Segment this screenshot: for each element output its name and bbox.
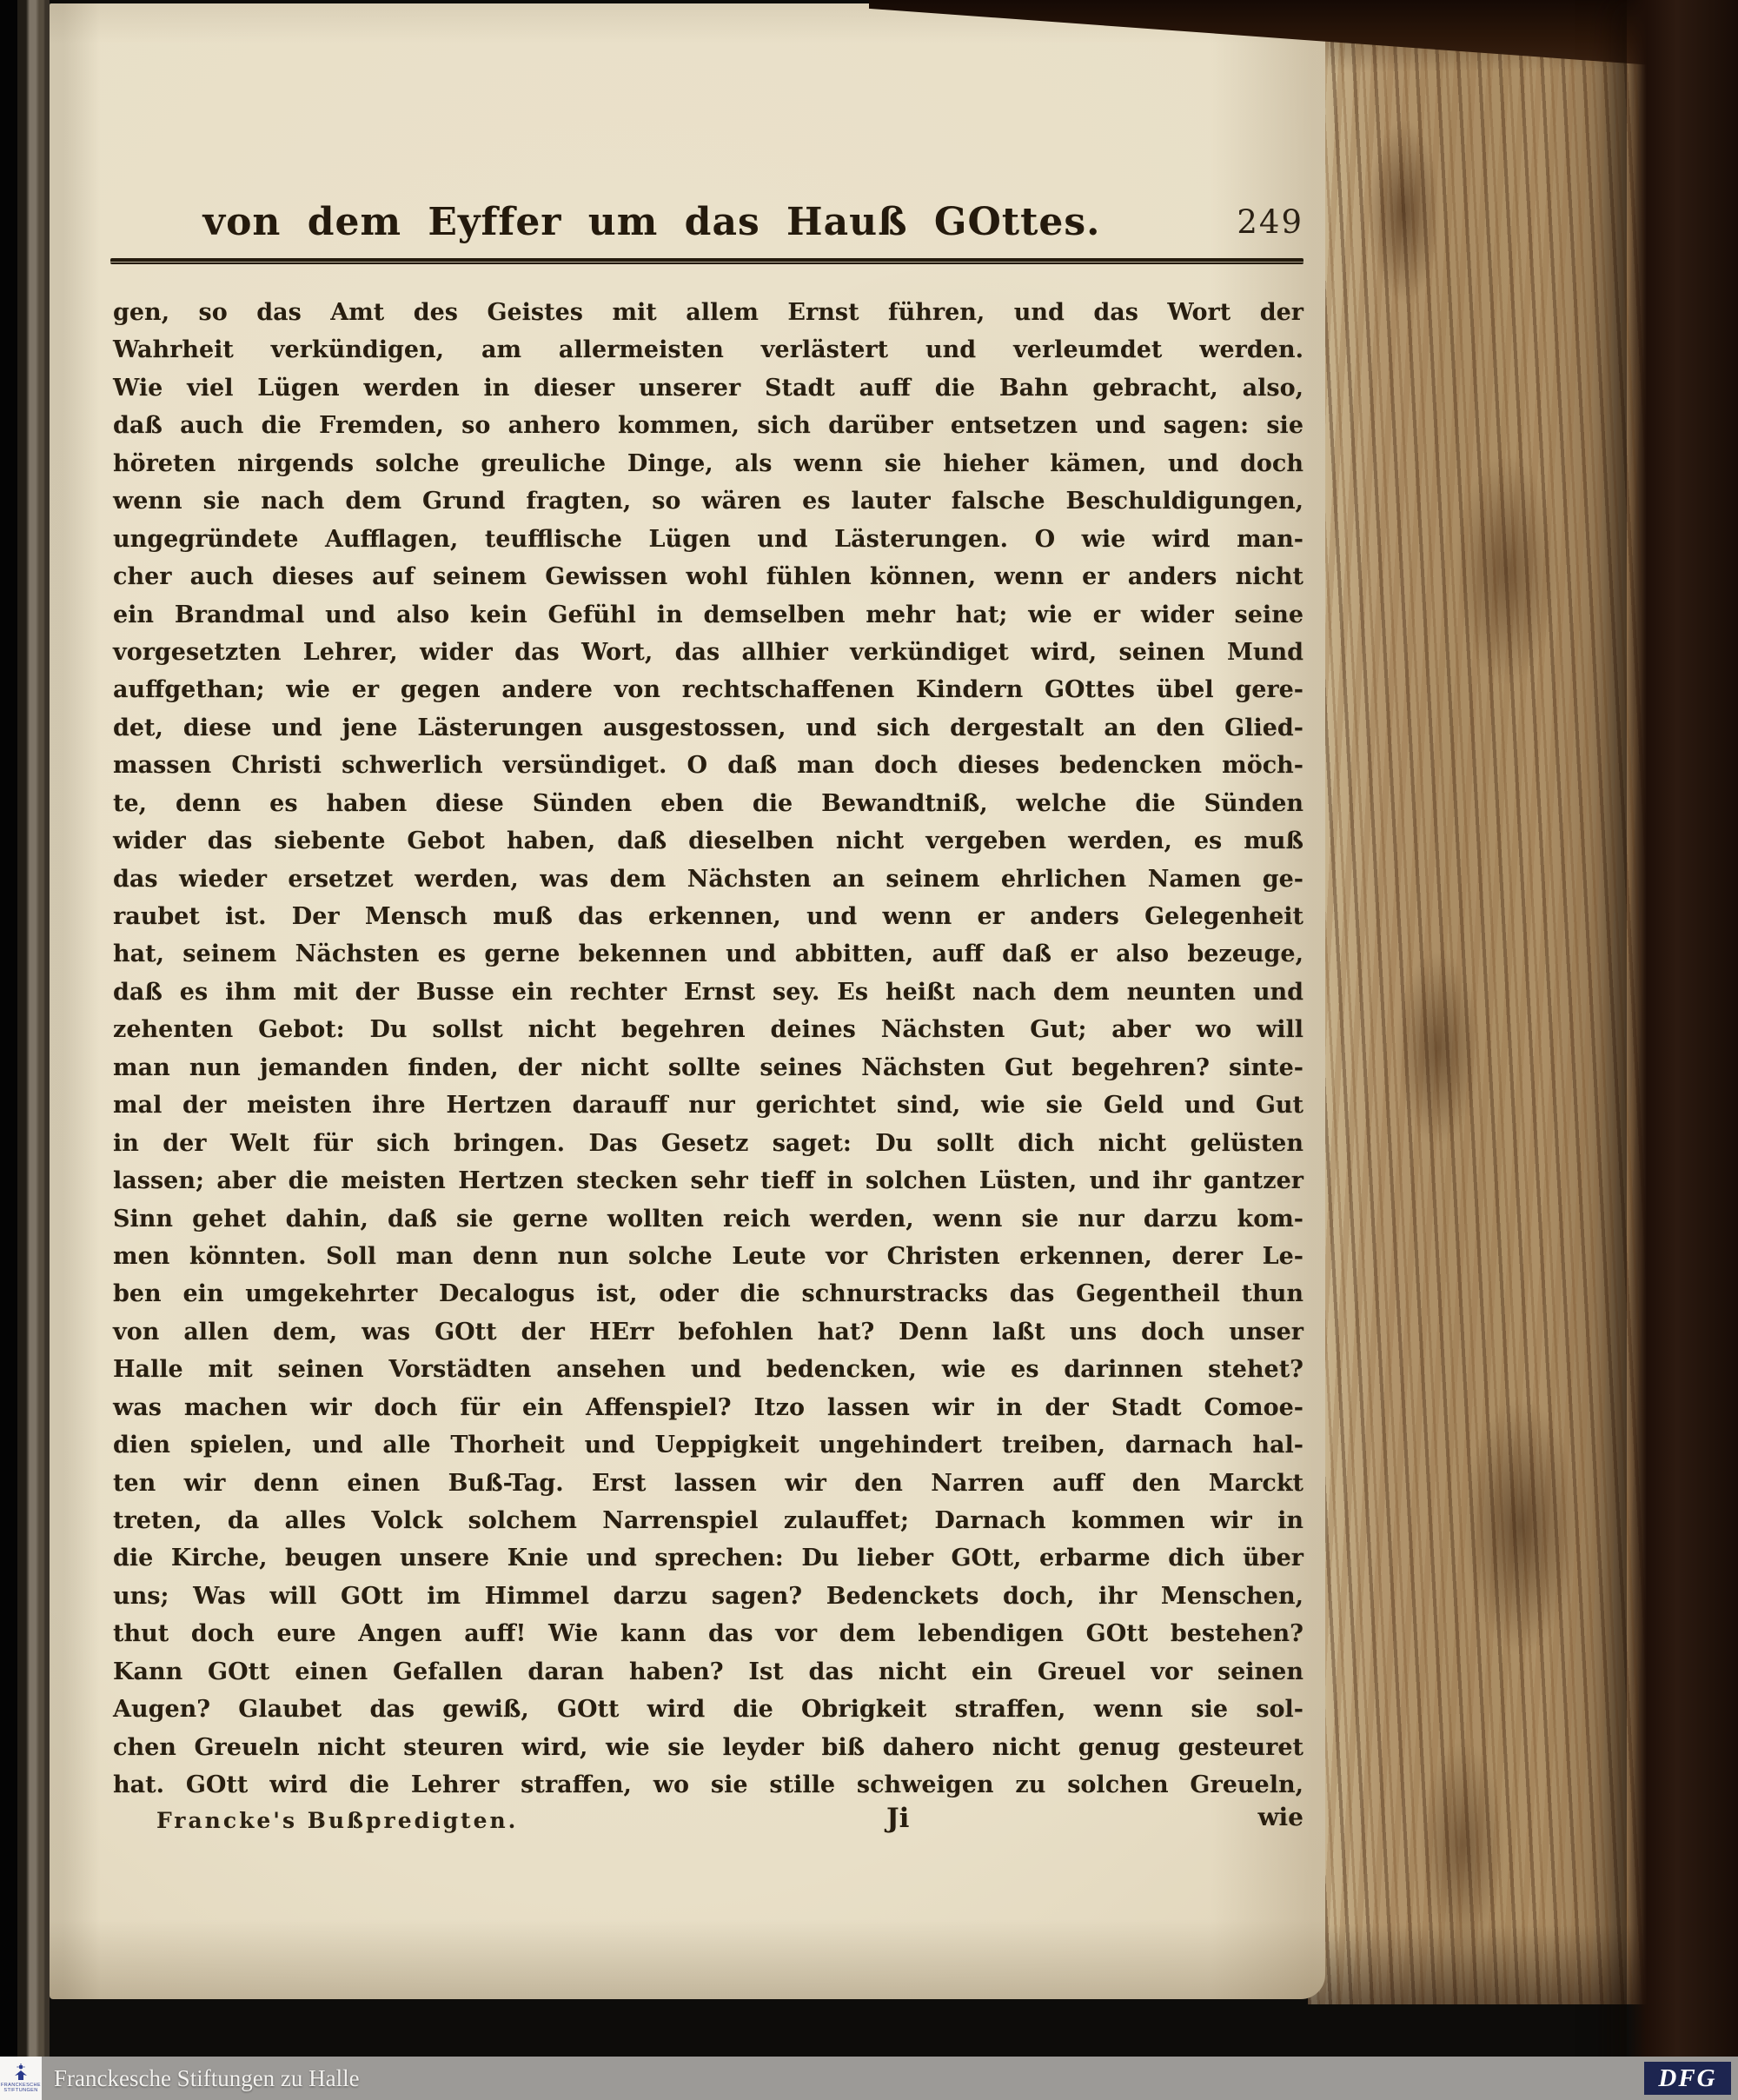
text-line: die Kirche, beugen unsere Knie und sprec…	[113, 1539, 1303, 1577]
text-line: raubet ist. Der Mensch muß das erkennen,…	[113, 898, 1303, 935]
marbled-page-edges	[1308, 12, 1651, 2004]
page-header: von dem Eyffer um das Hauß GOttes. 249	[113, 200, 1303, 252]
text-line: wenn sie nach dem Grund fragten, so wäre…	[113, 482, 1303, 520]
viewer-bar: FRANCKESCHE STIFTUNGEN Franckesche Stift…	[0, 2057, 1738, 2100]
text-line: cher auch dieses auf seinem Gewissen woh…	[113, 558, 1303, 595]
dfg-logo: DFG	[1644, 2062, 1731, 2095]
eagle-sun-emblem	[13, 2063, 29, 2081]
text-line: men könnten. Soll man denn nun solche Le…	[113, 1238, 1303, 1275]
text-line: Wahrheit verkündigen, am allermeisten ve…	[113, 331, 1303, 369]
text-line: Kann GOtt einen Gefallen daran haben? Is…	[113, 1653, 1303, 1691]
text-line: man nun jemanden finden, der nicht sollt…	[113, 1049, 1303, 1087]
logo-caption: FRANCKESCHE STIFTUNGEN	[1, 2083, 41, 2093]
text-line: Augen? Glaubet das gewiß, GOtt wird die …	[113, 1691, 1303, 1728]
catchword: wie	[1257, 1803, 1303, 1831]
book-scan-view: von dem Eyffer um das Hauß GOttes. 249 g…	[0, 0, 1738, 2100]
text-line: chen Greueln nicht steuren wird, wie sie…	[113, 1729, 1303, 1766]
text-line: ben ein umgekehrter Decalogus ist, oder …	[113, 1275, 1303, 1312]
text-line: Halle mit seinen Vorstädten ansehen und …	[113, 1351, 1303, 1388]
text-line: auffgethan; wie er gegen andere von rech…	[113, 671, 1303, 708]
text-line: treten, da alles Volck solchem Narrenspi…	[113, 1502, 1303, 1539]
book-cover-right	[1627, 0, 1738, 2100]
text-line: ein Brandmal und also kein Gefühl in dem…	[113, 596, 1303, 634]
sermon-text: gen, so das Amt des Geistes mit allem Er…	[113, 294, 1303, 1804]
scanned-page: von dem Eyffer um das Hauß GOttes. 249 g…	[50, 3, 1325, 1999]
text-line: te, denn es haben diese Sünden eben die …	[113, 785, 1303, 822]
text-line: daß auch die Fremden, so anhero kommen, …	[113, 407, 1303, 444]
page-number: 249	[1237, 203, 1303, 241]
dfg-label: DFG	[1658, 2064, 1716, 2093]
text-line: dien spielen, und alle Thorheit und Uepp…	[113, 1426, 1303, 1464]
text-line: was machen wir doch für ein Affenspiel? …	[113, 1389, 1303, 1426]
sheet-mark: Ji	[886, 1803, 909, 1834]
text-line: höreten nirgends solche greuliche Dinge,…	[113, 445, 1303, 482]
text-line: Wie viel Lügen werden in dieser unserer …	[113, 369, 1303, 407]
text-line: massen Christi schwerlich versündiget. O…	[113, 747, 1303, 784]
page-footer: Francke's Bußpredigten. Ji wie	[113, 1803, 1303, 1841]
printer-signature: Francke's Bußpredigten.	[156, 1808, 518, 1833]
text-line: lassen; aber die meisten Hertzen stecken…	[113, 1162, 1303, 1200]
text-line: das wieder ersetzet werden, was dem Näch…	[113, 861, 1303, 898]
text-line: zehenten Gebot: Du sollst nicht begehren…	[113, 1011, 1303, 1048]
text-line: wider das siebente Gebot haben, daß dies…	[113, 822, 1303, 860]
book-gutter-shadow	[0, 0, 50, 2100]
text-line: vorgesetzten Lehrer, wider das Wort, das…	[113, 634, 1303, 671]
text-line: ungegründete Aufflagen, teufflische Lüge…	[113, 521, 1303, 558]
text-line: Sinn gehet dahin, daß sie gerne wollten …	[113, 1200, 1303, 1238]
text-line: ten wir denn einen Buß-Tag. Erst lassen …	[113, 1465, 1303, 1502]
text-line: von allen dem, was GOtt der HErr befohle…	[113, 1313, 1303, 1351]
text-line: mal der meisten ihre Hertzen darauff nur…	[113, 1087, 1303, 1124]
text-line: thut doch eure Angen auff! Wie kann das …	[113, 1615, 1303, 1652]
text-line: gen, so das Amt des Geistes mit allem Er…	[113, 294, 1303, 331]
text-line: daß es ihm mit der Busse ein rechter Ern…	[113, 974, 1303, 1011]
text-line: hat, seinem Nächsten es gerne bekennen u…	[113, 935, 1303, 973]
text-line: uns; Was will GOtt im Himmel darzu sagen…	[113, 1578, 1303, 1615]
text-line: det, diese und jene Lästerungen ausgesto…	[113, 709, 1303, 747]
header-rule	[110, 258, 1303, 264]
running-title: von dem Eyffer um das Hauß GOttes.	[113, 200, 1191, 244]
text-line: in der Welt für sich bringen. Das Gesetz…	[113, 1125, 1303, 1162]
text-line: hat. GOtt wird die Lehrer straffen, wo s…	[113, 1766, 1303, 1804]
institution-logo: FRANCKESCHE STIFTUNGEN	[0, 2057, 42, 2100]
institution-name: Franckesche Stiftungen zu Halle	[54, 2057, 360, 2100]
